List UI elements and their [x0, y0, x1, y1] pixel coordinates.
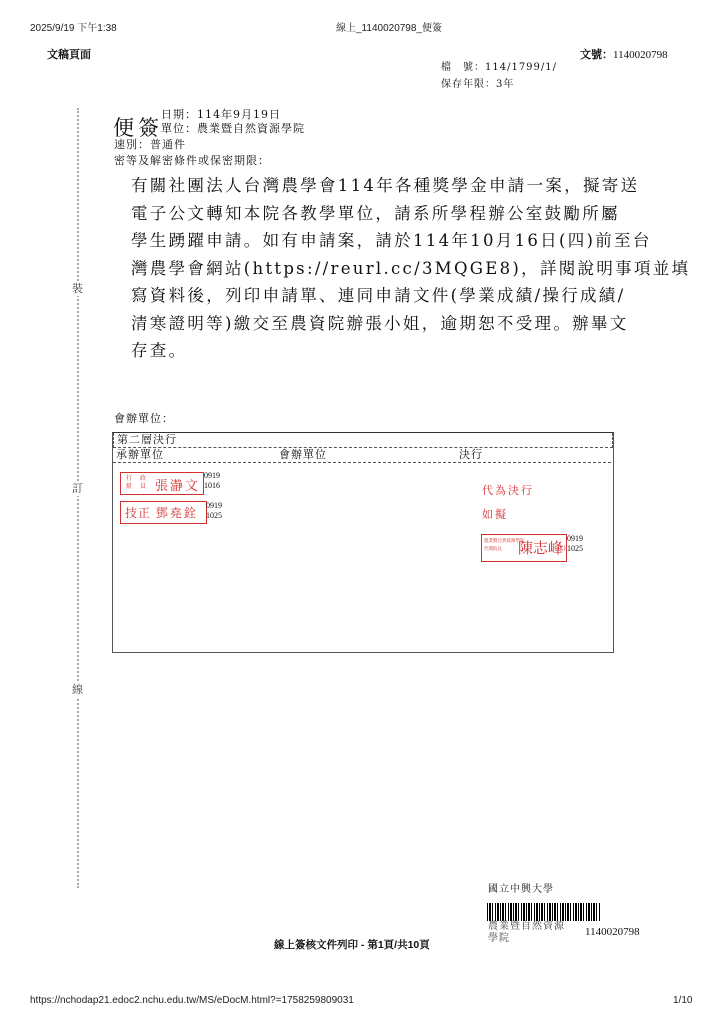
binding-line	[77, 108, 79, 888]
stamp-clerk-title-bottom: 組 員	[126, 483, 147, 491]
binding-mark-zhuang: 裝	[72, 282, 83, 296]
memo-date: 日期：114年9月19日	[161, 108, 281, 122]
sign-table: 第二層決行 承辦單位 會辦單位 決行 行 政 組 員 張瀞文 0919 1016…	[112, 432, 614, 653]
sign-level-row: 第二層決行	[113, 433, 613, 448]
body-line: 電子公文轉知本院各教學單位，請系所學程辦公室鼓勵所屬	[131, 200, 641, 228]
barcode-number: 1140020798	[585, 926, 640, 938]
stamp-dean: 農業暨自然資源學院 代理院長 陳志峰 (代)	[481, 534, 567, 562]
decision-note-proxy: 代為決行	[482, 482, 534, 498]
body-line: 寫資料後，列印申請單、連同申請文件(學業成績/操行成績/	[131, 282, 641, 310]
col-cosign-unit: 會辦單位	[279, 448, 327, 462]
barcode	[487, 903, 601, 921]
sign-header-row: 承辦單位 會辦單位 決行	[113, 448, 611, 463]
footer-unit: 農業暨自然資源 學院	[488, 921, 565, 945]
date-line: 0919	[206, 501, 222, 511]
print-url[interactable]: https://nchodap21.edoc2.nchu.edu.tw/MS/e…	[30, 995, 354, 1006]
print-page-number: 1/10	[673, 995, 692, 1006]
stamp-tech-title: 技正	[125, 506, 151, 520]
stamp-clerk: 行 政 組 員 張瀞文	[120, 472, 204, 495]
stamp-technician: 技正 鄧堯銓	[120, 501, 207, 524]
footer-unit-line2: 學院	[488, 933, 565, 945]
binding-mark-xian: 線	[72, 683, 83, 697]
body-line: 清寒證明等)繳交至農資院辦張小姐，逾期恕不受理。辦畢文	[131, 310, 641, 338]
col-handling-unit: 承辦單位	[116, 448, 164, 462]
file-number: 檔 號：114/1799/1/	[441, 61, 557, 75]
memo-unit: 單位：農業暨自然資源學院	[161, 122, 305, 136]
stamp-dean-date: 0919 1025	[567, 534, 583, 554]
binding-mark-ding: 訂	[72, 482, 83, 496]
body-line: 有關社團法人台灣農學會114年各種獎學金申請一案，擬寄送	[131, 172, 641, 200]
col-decision: 決行	[459, 448, 483, 462]
date-line: 1016	[204, 481, 220, 491]
stamp-tech-date: 0919 1025	[206, 501, 222, 521]
date-line: 1025	[206, 511, 222, 521]
stamp-tech-name: 鄧堯銓	[156, 506, 198, 520]
memo-body: 有關社團法人台灣農學會114年各種獎學金申請一案，擬寄送 電子公文轉知本院各教學…	[131, 172, 641, 365]
print-doc-title: 線上_1140020798_便簽	[336, 19, 442, 34]
stamp-clerk-name: 張瀞文	[155, 475, 200, 494]
memo-speed: 速別：普通件	[114, 138, 186, 152]
footer-org: 國立中興大學	[488, 883, 554, 897]
retention-period: 保存年限：3年	[441, 78, 514, 92]
memo-secrecy: 密等及解密條件或保密期限：	[114, 154, 270, 168]
doc-number-value: 1140020798	[613, 49, 668, 61]
cosign-label: 會辦單位：	[114, 412, 174, 426]
draft-page-label: 文稿頁面	[47, 46, 91, 62]
doc-number-label: 文號：	[580, 49, 613, 61]
date-line: 0919	[567, 534, 583, 544]
body-line: 灣農學會網站(https://reurl.cc/3MQGE8)，詳閱說明事項並填	[131, 255, 641, 283]
stamp-clerk-title-top: 行 政	[126, 475, 147, 483]
date-line: 0919	[204, 471, 220, 481]
page-footer-info: 線上簽核文件列印 - 第1頁/共10頁	[274, 937, 430, 952]
body-line: 學生踴躍申請。如有申請案，請於114年10月16日(四)前至台	[131, 227, 641, 255]
stamp-dean-suffix: (代)	[555, 543, 566, 552]
body-line: 存查。	[131, 337, 641, 365]
date-line: 1025	[567, 544, 583, 554]
stamp-clerk-date: 0919 1016	[204, 471, 220, 491]
decision-level: 第二層決行	[117, 433, 177, 447]
footer-unit-line1: 農業暨自然資源	[488, 921, 565, 933]
print-datetime: 2025/9/19 下午1:38	[30, 19, 117, 34]
doc-number: 文號：1140020798	[580, 46, 668, 62]
decision-note-approve: 如擬	[482, 506, 508, 522]
